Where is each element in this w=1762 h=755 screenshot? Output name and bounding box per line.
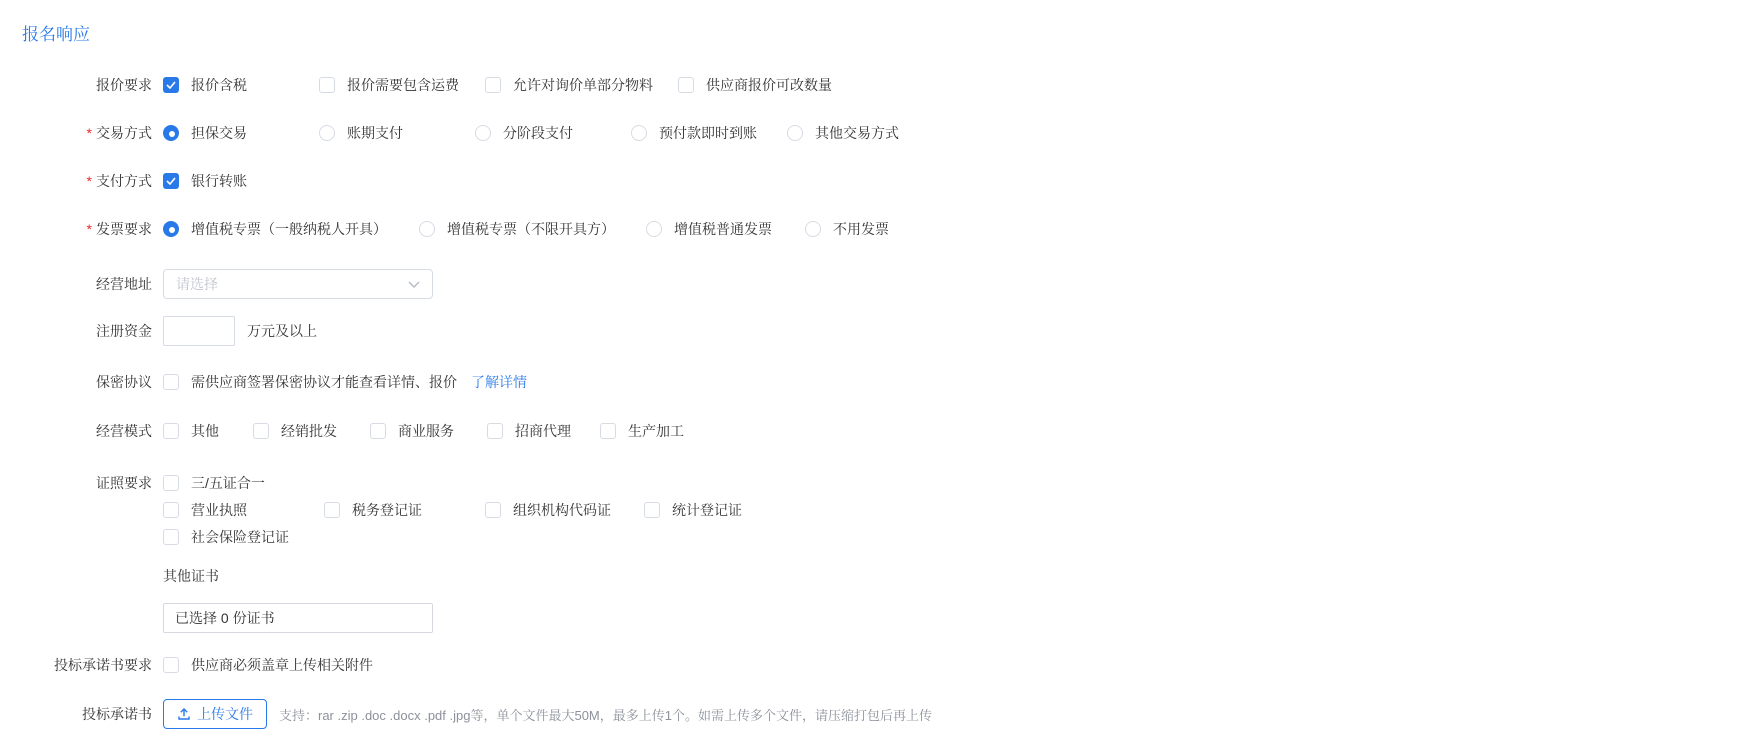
checkbox-icon[interactable] [163,529,179,545]
other-certificates-input[interactable] [163,603,433,633]
registered-capital-suffix: 万元及以上 [247,321,317,341]
upload-icon [177,707,191,721]
option-label: 账期支付 [347,125,403,141]
radio-phased-payment[interactable]: 分阶段支付 [475,125,631,141]
option-label: 需供应商签署保密协议才能查看详情、报价 [191,374,457,390]
option-label: 允许对询价单部分物料 [513,77,653,93]
checkbox-icon[interactable] [253,423,269,439]
radio-icon[interactable] [475,125,491,141]
registered-capital-input[interactable] [163,316,235,346]
option-label: 三/五证合一 [191,475,265,491]
checkbox-statistics-registration[interactable]: 统计登记证 [644,502,742,518]
other-certificates-label: 其他证书 [163,568,219,584]
radio-icon[interactable] [319,125,335,141]
select-placeholder: 请选择 [176,274,218,294]
checkbox-icon[interactable] [644,502,660,518]
checkbox-must-stamp-upload[interactable]: 供应商必须盖章上传相关附件 [163,657,373,673]
business-address-control: 请选择 [163,269,433,299]
radio-vat-special-general-taxpayer[interactable]: 增值税专票（一般纳税人开具） [163,221,419,237]
field-label-registered-capital: 注册资金 [20,323,152,339]
bid-letter-requirements-control: 供应商必须盖章上传相关附件 [163,657,373,673]
form-row-business-address: 经营地址 请选择 [20,269,1762,299]
checkbox-checked-icon[interactable] [163,173,179,189]
checkbox-icon[interactable] [487,423,503,439]
transaction-method-options: 担保交易 账期支付 分阶段支付 预付款即时到账 其他交易方式 [163,125,899,141]
registered-capital-control: 万元及以上 [163,316,317,346]
option-label: 其他交易方式 [815,125,899,141]
radio-icon[interactable] [646,221,662,237]
invoice-requirements-options: 增值税专票（一般纳税人开具） 增值税专票（不限开具方） 增值税普通发票 不用发票 [163,221,889,237]
checkbox-quote-include-freight[interactable]: 报价需要包含运费 [319,77,485,93]
checkbox-checked-icon[interactable] [163,77,179,93]
radio-icon[interactable] [419,221,435,237]
option-label: 分阶段支付 [503,125,573,141]
form-row-registered-capital: 注册资金 万元及以上 [20,316,1762,346]
checkbox-quote-with-tax[interactable]: 报价含税 [163,77,319,93]
quote-requirements-options: 报价含税 报价需要包含运费 允许对询价单部分物料 供应商报价可改数量 [163,77,832,93]
checkbox-icon[interactable] [163,423,179,439]
license-requirements-options: 三/五证合一 营业执照 税务登记证 组织机构代码证 统计登记 [163,475,742,545]
field-label-transaction-method: *交易方式 [20,125,152,141]
radio-icon[interactable] [787,125,803,141]
checkbox-org-code-certificate[interactable]: 组织机构代码证 [485,502,644,518]
checkbox-business-license[interactable]: 营业执照 [163,502,324,518]
checkbox-partial-materials[interactable]: 允许对询价单部分物料 [485,77,678,93]
payment-method-options: 银行转账 [163,173,247,189]
field-label-text: 交易方式 [96,125,152,141]
field-label-text: 支付方式 [96,173,152,189]
field-label-license-requirements: 证照要求 [20,475,152,491]
form-row-confidentiality: 保密协议 需供应商签署保密协议才能查看详情、报价 了解详情 [20,372,1762,392]
checkbox-icon[interactable] [600,423,616,439]
license-line-3: 社会保险登记证 [163,529,289,545]
option-label: 担保交易 [191,125,247,141]
field-label-confidentiality: 保密协议 [20,374,152,390]
form-row-business-model: 经营模式 其他 经销批发 商业服务 招商代理 生产加工 [20,423,1762,439]
business-model-options: 其他 经销批发 商业服务 招商代理 生产加工 [163,423,684,439]
checkbox-icon[interactable] [678,77,694,93]
option-label: 其他 [191,423,219,439]
checkbox-confidentiality[interactable]: 需供应商签署保密协议才能查看详情、报价 [163,374,457,390]
confidentiality-control: 需供应商签署保密协议才能查看详情、报价 了解详情 [163,372,527,392]
checkbox-icon[interactable] [163,475,179,491]
option-label: 增值税普通发票 [674,221,772,237]
checkbox-icon[interactable] [163,657,179,673]
option-label: 增值税专票（不限开具方） [447,221,615,237]
option-label: 组织机构代码证 [513,502,611,518]
other-certificates-group: 其他证书 [163,568,433,633]
radio-icon[interactable] [631,125,647,141]
radio-secured-transaction[interactable]: 担保交易 [163,125,319,141]
radio-selected-icon[interactable] [163,125,179,141]
form-row-invoice-requirements: *发票要求 增值税专票（一般纳税人开具） 增值税专票（不限开具方） 增值税普通发… [20,221,1762,237]
option-label: 预付款即时到账 [659,125,757,141]
upload-file-button[interactable]: 上传文件 [163,699,267,729]
bid-letter-control: 上传文件 支持：rar .zip .doc .docx .pdf .jpg等，单… [163,699,932,729]
checkbox-icon[interactable] [370,423,386,439]
checkbox-model-investment-agency[interactable]: 招商代理 [487,423,600,439]
option-label: 税务登记证 [352,502,422,518]
option-label: 报价需要包含运费 [347,77,459,93]
field-label-business-address: 经营地址 [20,276,152,292]
form-row-payment-method: *支付方式 银行转账 [20,173,1762,189]
upload-button-label: 上传文件 [197,704,253,724]
chevron-down-icon [408,281,420,288]
checkbox-model-commercial-service[interactable]: 商业服务 [370,423,487,439]
checkbox-icon[interactable] [163,374,179,390]
checkbox-icon[interactable] [324,502,340,518]
radio-vat-ordinary[interactable]: 增值税普通发票 [646,221,805,237]
field-label-quote-requirements: 报价要求 [20,77,152,93]
form-row-other-certificates: 其他证书 [20,568,1762,633]
page-title: 报名响应 [22,20,1760,45]
option-label: 供应商必须盖章上传相关附件 [191,657,373,673]
radio-other-transaction[interactable]: 其他交易方式 [787,125,899,141]
form-row-transaction-method: *交易方式 担保交易 账期支付 分阶段支付 预付款即时到账 其他交易方式 [20,125,1762,141]
field-label-bid-letter: 投标承诺书 [20,706,152,722]
checkbox-supplier-change-qty[interactable]: 供应商报价可改数量 [678,77,832,93]
checkbox-model-distribution-wholesale[interactable]: 经销批发 [253,423,370,439]
option-label: 商业服务 [398,423,454,439]
field-label-invoice-requirements: *发票要求 [20,221,152,237]
radio-credit-period-payment[interactable]: 账期支付 [319,125,475,141]
license-line-2: 营业执照 税务登记证 组织机构代码证 统计登记证 [163,502,742,518]
signup-response-panel: 报名响应 报价要求 报价含税 报价需要包含运费 允许对询价单部分物料 供应商报价… [0,0,1762,729]
field-label-bid-letter-requirements: 投标承诺书要求 [20,657,152,673]
radio-selected-icon[interactable] [163,221,179,237]
option-label: 社会保险登记证 [191,529,289,545]
required-mark: * [87,221,92,237]
radio-icon[interactable] [805,221,821,237]
radio-prepay-instant[interactable]: 预付款即时到账 [631,125,787,141]
business-address-select[interactable]: 请选择 [163,269,433,299]
radio-vat-special-any-issuer[interactable]: 增值税专票（不限开具方） [419,221,646,237]
form-row-bid-letter: 投标承诺书 上传文件 支持：rar .zip .doc .docx .pdf .… [20,699,1762,729]
checkbox-icon[interactable] [485,502,501,518]
form-row-license-requirements: 证照要求 三/五证合一 营业执照 税务登记证 组织机构 [20,475,1762,545]
form-row-bid-letter-requirements: 投标承诺书要求 供应商必须盖章上传相关附件 [20,657,1762,673]
checkbox-model-other[interactable]: 其他 [163,423,253,439]
checkbox-social-insurance-registration[interactable]: 社会保险登记证 [163,529,289,545]
checkbox-icon[interactable] [485,77,501,93]
radio-no-invoice[interactable]: 不用发票 [805,221,889,237]
learn-more-link[interactable]: 了解详情 [471,372,527,392]
checkbox-icon[interactable] [163,502,179,518]
option-label: 增值税专票（一般纳税人开具） [191,221,387,237]
option-label: 统计登记证 [672,502,742,518]
checkbox-three-five-in-one[interactable]: 三/五证合一 [163,475,265,491]
option-label: 报价含税 [191,77,247,93]
form-row-quote-requirements: 报价要求 报价含税 报价需要包含运费 允许对询价单部分物料 供应商报价可改数量 [20,77,1762,93]
field-label-business-model: 经营模式 [20,423,152,439]
option-label: 经销批发 [281,423,337,439]
option-label: 招商代理 [515,423,571,439]
checkbox-bank-transfer[interactable]: 银行转账 [163,173,247,189]
license-line-1: 三/五证合一 [163,475,265,491]
required-mark: * [87,173,92,189]
required-mark: * [87,125,92,141]
option-label: 银行转账 [191,173,247,189]
option-label: 供应商报价可改数量 [706,77,832,93]
field-label-payment-method: *支付方式 [20,173,152,189]
option-label: 生产加工 [628,423,684,439]
option-label: 不用发票 [833,221,889,237]
checkbox-icon[interactable] [319,77,335,93]
upload-hint: 支持：rar .zip .doc .docx .pdf .jpg等，单个文件最大… [279,705,932,724]
field-label-text: 发票要求 [96,221,152,237]
checkbox-tax-registration[interactable]: 税务登记证 [324,502,485,518]
checkbox-model-production-processing[interactable]: 生产加工 [600,423,684,439]
option-label: 营业执照 [191,502,247,518]
